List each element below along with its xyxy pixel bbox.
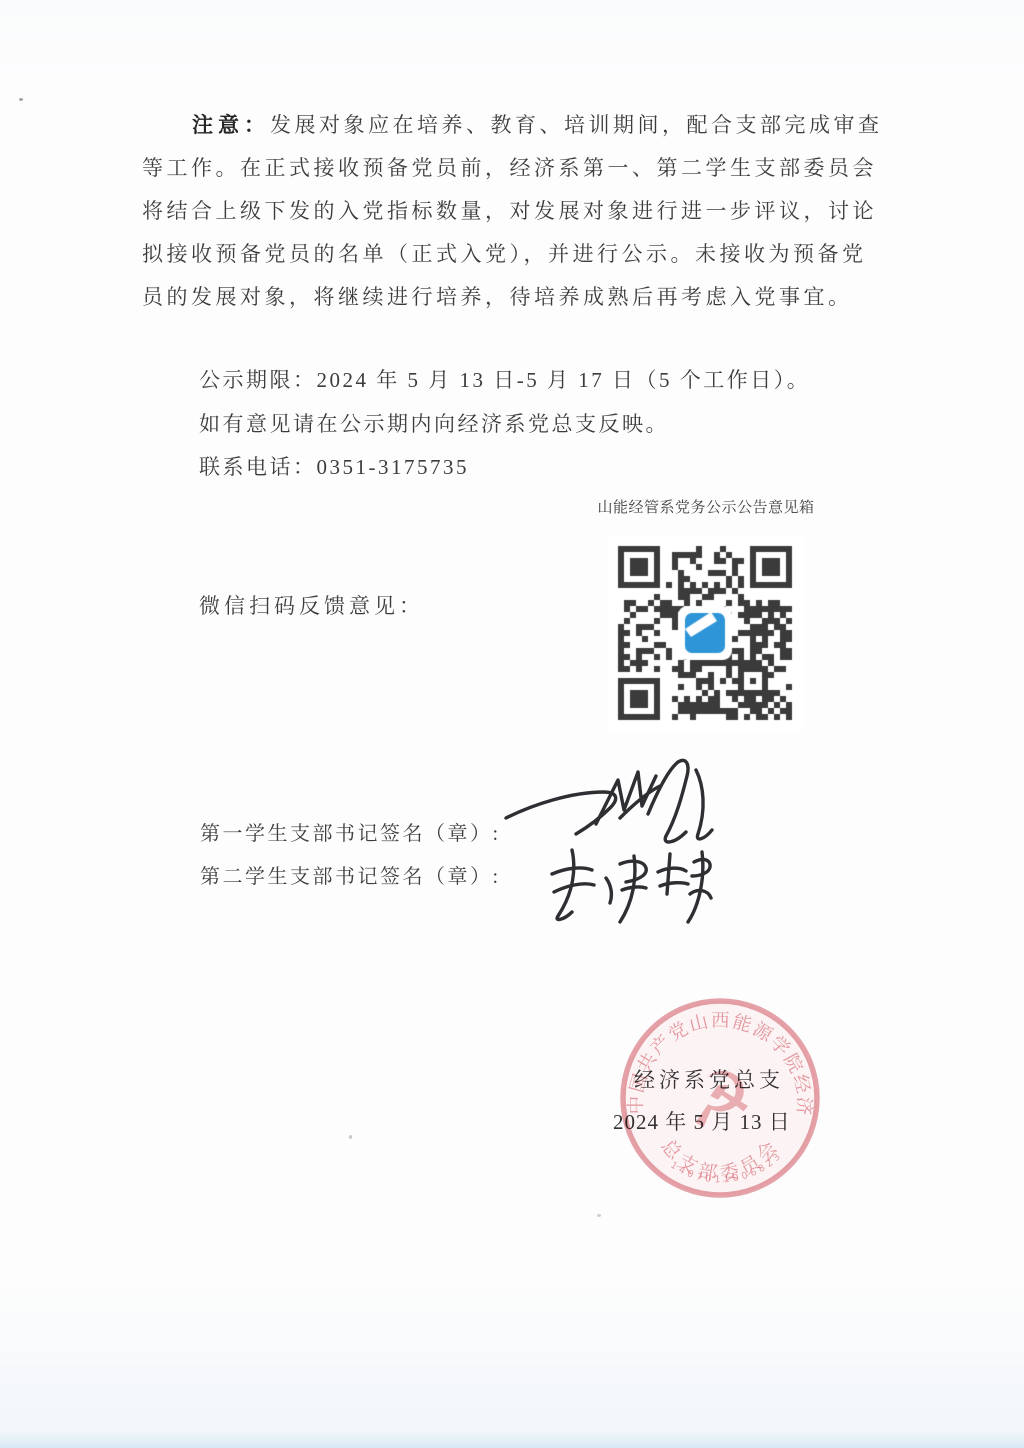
qr-caption: 山能经管系党务公示公告意见箱 (596, 496, 816, 517)
closing-date-line: 2024 年 5 月 13 日 (613, 1106, 791, 1136)
scan-speck (597, 1214, 601, 1217)
official-seal: 中国共产党山西能源学院经济系 总支部委员会 1407011006823 ☭ (615, 993, 825, 1203)
scan-speck (349, 1135, 352, 1139)
qr-code (607, 535, 803, 731)
scanned-document-page: 注意：发展对象应在培养、教育、培训期间，配合支部完成审查 等工作。在正式接收预备… (0, 0, 1024, 1448)
notice-body: 发展对象应在培养、教育、培训期间，配合支部完成审查 等工作。在正式接收预备党员前… (142, 113, 883, 309)
signature-second-secretary (538, 836, 713, 936)
seal-ring (623, 1001, 817, 1195)
first-branch-signature-label: 第一学生支部书记签名（章）: (200, 817, 501, 846)
publicity-feedback-line: 如有意见请在公示期内向经济系党总支反映。 (199, 408, 669, 438)
notice-paragraph: 注意：发展对象应在培养、教育、培训期间，配合支部完成审查 等工作。在正式接收预备… (142, 104, 890, 319)
seal-arc-top-text: 中国共产党山西能源学院经济系 (615, 993, 814, 1118)
closing-org-line: 经济系党总支 (634, 1064, 784, 1094)
publicity-period-line: 公示期限：2024 年 5 月 13 日-5 月 17 日（5 个工作日）。 (199, 364, 810, 394)
publicity-phone-line: 联系电话：0351-3175735 (199, 451, 469, 481)
second-branch-signature-label: 第二学生支部书记签名（章）: (200, 860, 501, 889)
wechat-scan-line: 微信扫码反馈意见： (199, 590, 424, 620)
seal-code: 1407011006823 (668, 1149, 785, 1185)
scan-speck (19, 98, 23, 101)
notice-lead: 注意： (192, 113, 270, 137)
seal-arc-bottom-text: 总支部委员会 (657, 1134, 785, 1186)
